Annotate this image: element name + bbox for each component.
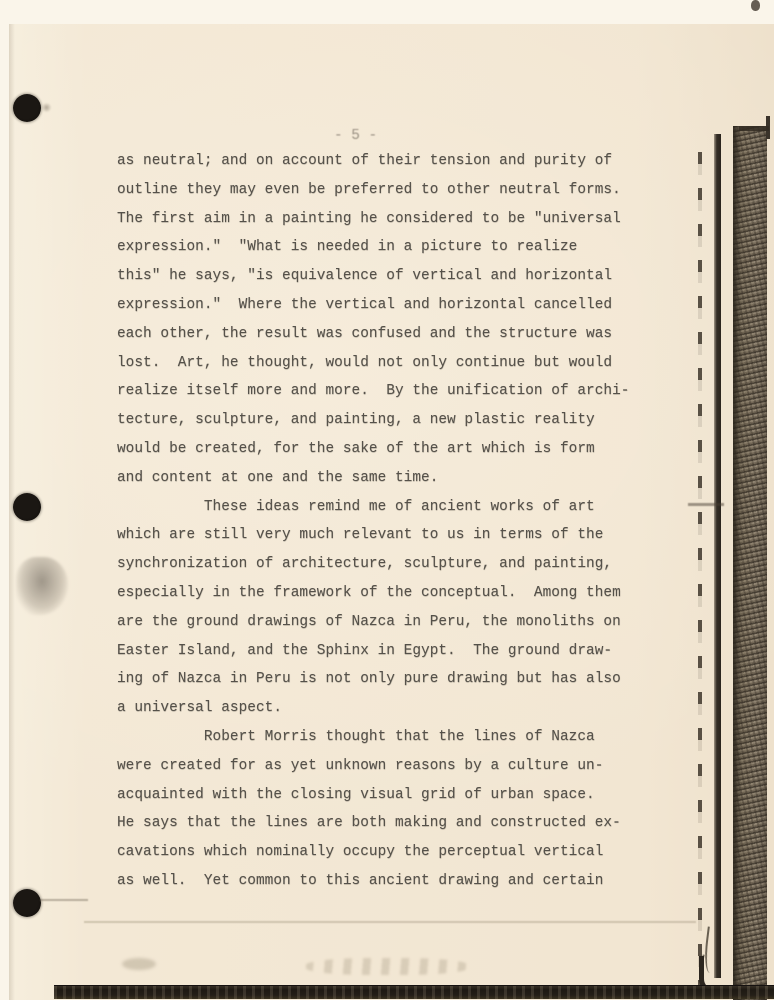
typed-line: which are still very much relevant to us… [117,521,637,550]
ghost-scribble [306,958,468,975]
typed-line: outline they may even be preferred to ot… [117,176,637,205]
right-edge-crease [688,503,724,506]
typed-line: a universal aspect. [117,694,637,723]
typed-line: cavations which nominally occupy the per… [117,838,637,867]
top-edge-mark [751,0,760,11]
typed-line: would be created, for the sake of the ar… [117,435,637,464]
typed-line: He says that the lines are both making a… [117,809,637,838]
bottom-scan-band [54,985,774,999]
page-number: - 5 - [334,126,377,146]
hole-punch-bottom-smear [40,899,88,901]
typed-line: as neutral; and on account of their tens… [117,147,637,176]
typed-line: are the ground drawings of Nazca in Peru… [117,608,637,637]
typed-line: Robert Morris thought that the lines of … [117,723,637,752]
underlying-page-edge-shadow [84,921,696,923]
typed-line: synchronization of architecture, sculptu… [117,550,637,579]
typed-line: and content at one and the same time. [117,464,637,493]
hole-punch-top-smear [41,103,52,112]
hole-punch-top [13,94,41,122]
photocopy-streak-solid [714,134,721,978]
typed-line: each other, the result was confused and … [117,320,637,349]
scanned-typescript-page: - 5 - as neutral; and on account of thei… [0,0,774,1000]
typed-line: tecture, sculpture, and painting, a new … [117,406,637,435]
typed-line: expression." "What is needed in a pictur… [117,233,637,262]
typed-line: lost. Art, he thought, would not only co… [117,349,637,378]
photocopy-streak-grain [733,126,767,1000]
typed-line: this" he says, "is equivalence of vertic… [117,262,637,291]
typed-line: especially in the framework of the conce… [117,579,637,608]
hole-punch-bottom [13,889,41,917]
photocopy-streak-dashed [698,152,702,988]
typed-body-text: as neutral; and on account of their tens… [117,147,637,896]
typed-line: expression." Where the vertical and hori… [117,291,637,320]
typed-line: These ideas remind me of ancient works o… [117,493,637,522]
typed-line: ing of Nazca in Peru is not only pure dr… [117,665,637,694]
photocopy-corner-tick-horizontal [739,126,769,131]
typed-line: were created for as yet unknown reasons … [117,752,637,781]
typed-line: as well. Yet common to this ancient draw… [117,867,637,896]
hole-punch-middle [13,493,41,521]
typed-line: acquainted with the closing visual grid … [117,781,637,810]
typed-line: The first aim in a painting he considere… [117,205,637,234]
typed-line: realize itself more and more. By the uni… [117,377,637,406]
typed-line: Easter Island, and the Sphinx in Egypt. … [117,637,637,666]
ghost-scribble [122,958,156,970]
